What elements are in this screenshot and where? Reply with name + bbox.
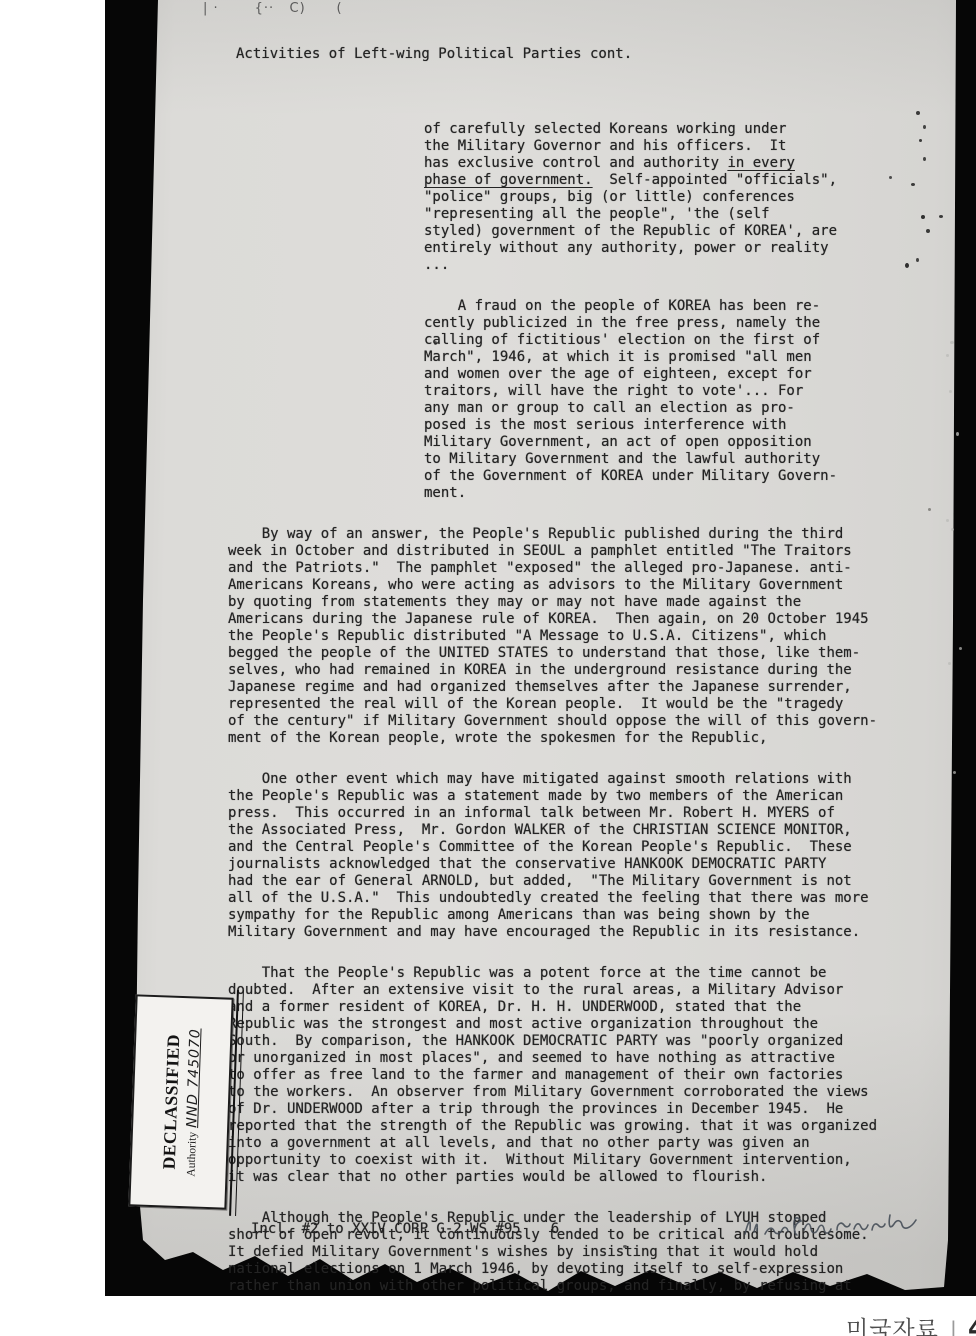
declassified-stamp-text: DECLASSIFIED AuthorityNND 745070 [158, 1001, 205, 1202]
scanned-document-image: | · {·· C) ( Activities of Left-wing Pol… [105, 0, 976, 1296]
scan-speck [949, 390, 952, 393]
text-line: sympathy for the Republic among American… [228, 907, 940, 924]
scan-speck [928, 508, 931, 511]
text-line: Military Government and may have encoura… [228, 924, 940, 941]
text-line: ment. [424, 485, 940, 502]
scan-speck [946, 354, 949, 357]
block-quote: of carefully selected Koreans working un… [424, 121, 940, 274]
text-line: it was clear that no other parties would… [228, 1169, 940, 1186]
scan-speck [923, 125, 926, 129]
viewer-page: | · {·· C) ( Activities of Left-wing Pol… [0, 0, 976, 1336]
scan-speck [953, 771, 956, 774]
text-line: of the Government of KOREA under Militar… [424, 468, 940, 485]
caption-separator: | [950, 1318, 957, 1336]
text-line: has exclusive control and authority in e… [424, 155, 940, 172]
text-line: ment of the Korean people, wrote the spo… [228, 730, 940, 747]
scan-speck [916, 111, 920, 115]
scan-speck [939, 215, 943, 218]
text-line: the People's Republic was a statement ma… [228, 788, 940, 805]
stamp-authority: AuthorityNND 745070 [182, 1002, 205, 1202]
text-line: to the workers. An observer from Militar… [228, 1084, 940, 1101]
text-line: and the Patriots." The pamphlet "exposed… [228, 560, 940, 577]
scan-speck [921, 215, 925, 219]
caption-label: 미국자료 [846, 1317, 939, 1336]
text-line: week in October and distributed in SEOUL… [228, 543, 940, 560]
text-line: into a government at all levels, and tha… [228, 1135, 940, 1152]
paragraph: That the People's Republic was a potent … [228, 965, 940, 1186]
declassified-stamp: DECLASSIFIED AuthorityNND 745070 [128, 994, 233, 1209]
text-line: Americans Koreans, who were acting as ad… [228, 577, 940, 594]
text-line: represented the real will of the Korean … [228, 696, 940, 713]
text-line: the Military Governor and his officers. … [424, 138, 940, 155]
text-line: cently publicized in the free press, nam… [424, 315, 940, 332]
text-line: Americans during the Japanese rule of KO… [228, 611, 940, 628]
document-footer: Incl. #2 to XXIV CORP G-2 WS #956 [251, 1221, 559, 1237]
text-line: reported that the strength of the Republ… [228, 1118, 940, 1135]
text-line: any man or group to call an election as … [424, 400, 940, 417]
scan-speck [926, 229, 930, 233]
text-line: rather than union with other political g… [228, 1278, 940, 1295]
text-line: national elections on 1 March 1946, by d… [228, 1261, 940, 1278]
text-line: of the century" if Military Government s… [228, 713, 940, 730]
text-line: calling of fictitious' election on the f… [424, 332, 940, 349]
text-line: phase of government. Self-appointed "off… [424, 172, 940, 189]
text-line: styled) government of the Republic of KO… [424, 223, 940, 240]
text-line: A fraud on the people of KOREA has been … [424, 298, 940, 315]
scan-speck [911, 183, 915, 186]
scan-speck [905, 263, 909, 268]
scan-speck [959, 647, 962, 650]
scan-speck [956, 432, 959, 436]
text-line: by quoting from statements they may or m… [228, 594, 940, 611]
paragraph: By way of an answer, the People's Republ… [228, 526, 940, 747]
text-line: By way of an answer, the People's Republ… [228, 526, 940, 543]
text-line: March", 1946, at which it is promised "a… [424, 349, 940, 366]
stamp-title: DECLASSIFIED [158, 1001, 186, 1202]
text-line: and a former resident of KOREA, Dr. H. H… [228, 999, 940, 1016]
text-line: journalists acknowledged that the conser… [228, 856, 940, 873]
text-line: Republic was the strongest and most acti… [228, 1016, 940, 1033]
text-line: and the Central People's Committee of th… [228, 839, 940, 856]
text-line: had the ear of General ARNOLD, but added… [228, 873, 940, 890]
stamp-authority-label: Authority [185, 1132, 199, 1177]
text-line: opportunity to coexist with it. Without … [228, 1152, 940, 1169]
text-line: and women over the age of eighteen, exce… [424, 366, 940, 383]
handwritten-scribble [738, 1203, 923, 1253]
text-line: "representing all the people", 'the (sel… [424, 206, 940, 223]
text-line: traitors, will have the right to vote'..… [424, 383, 940, 400]
scan-speck [889, 176, 892, 179]
scan-speck [946, 519, 949, 522]
text-line: "police" groups, big (or little) confere… [424, 189, 940, 206]
text-line: That the People's Republic was a potent … [228, 965, 940, 982]
text-line: entirely without any authority, power or… [424, 240, 940, 257]
text-line: the Associated Press, Mr. Gordon WALKER … [228, 822, 940, 839]
caption-page-number: 433 [968, 1314, 976, 1336]
text-line: press. This occurred in an informal talk… [228, 805, 940, 822]
text-line: of carefully selected Koreans working un… [424, 121, 940, 138]
text-line: to offer as free land to the farmer and … [228, 1067, 940, 1084]
text-line: the People's Republic distributed "A Mes… [228, 628, 940, 645]
scan-speck [951, 528, 954, 531]
scan-speck [623, 1245, 627, 1248]
text-line: South. By comparison, the HANKOOK DEMOCR… [228, 1033, 940, 1050]
footer-page-number: 6 [551, 1221, 559, 1237]
archive-caption: 미국자료|433 [846, 1311, 976, 1336]
text-line: One other event which may have mitigated… [228, 771, 940, 788]
text-line: to Military Government and the lawful au… [424, 451, 940, 468]
footer-incl-line: Incl. #2 to XXIV CORP G-2 WS #95 [251, 1221, 521, 1237]
scan-speck [429, 372, 431, 375]
text-line: Japanese regime and had organized themse… [228, 679, 940, 696]
document-blocks: of carefully selected Koreans working un… [228, 121, 940, 1295]
text-line: doubted. After an extensive visit to the… [228, 982, 940, 999]
text-line: Military Government, an act of open oppo… [424, 434, 940, 451]
page-title: Activities of Left-wing Political Partie… [236, 46, 940, 63]
block-quote: A fraud on the people of KOREA has been … [424, 298, 940, 502]
scan-speck [923, 157, 926, 161]
scan-speck [434, 341, 437, 345]
text-line: of Dr. UNDERWOOD after a trip through th… [228, 1101, 940, 1118]
scan-speck [950, 341, 954, 344]
stamp-authority-number: NND 745070 [184, 1028, 203, 1128]
document-text: Activities of Left-wing Political Partie… [228, 12, 940, 1329]
paragraph: One other event which may have mitigated… [228, 771, 940, 941]
scan-speck [919, 139, 922, 142]
text-line: all of the U.S.A." This undoubtedly crea… [228, 890, 940, 907]
text-line: begged the people of the UNITED STATES t… [228, 645, 940, 662]
scan-speck [948, 662, 951, 665]
text-line: posed is the most serious interference w… [424, 417, 940, 434]
text-line: ... [424, 257, 940, 274]
text-line: or unorganized in most places", and seem… [228, 1050, 940, 1067]
text-line: selves, who had remained in KOREA in the… [228, 662, 940, 679]
scan-speck [916, 258, 919, 262]
